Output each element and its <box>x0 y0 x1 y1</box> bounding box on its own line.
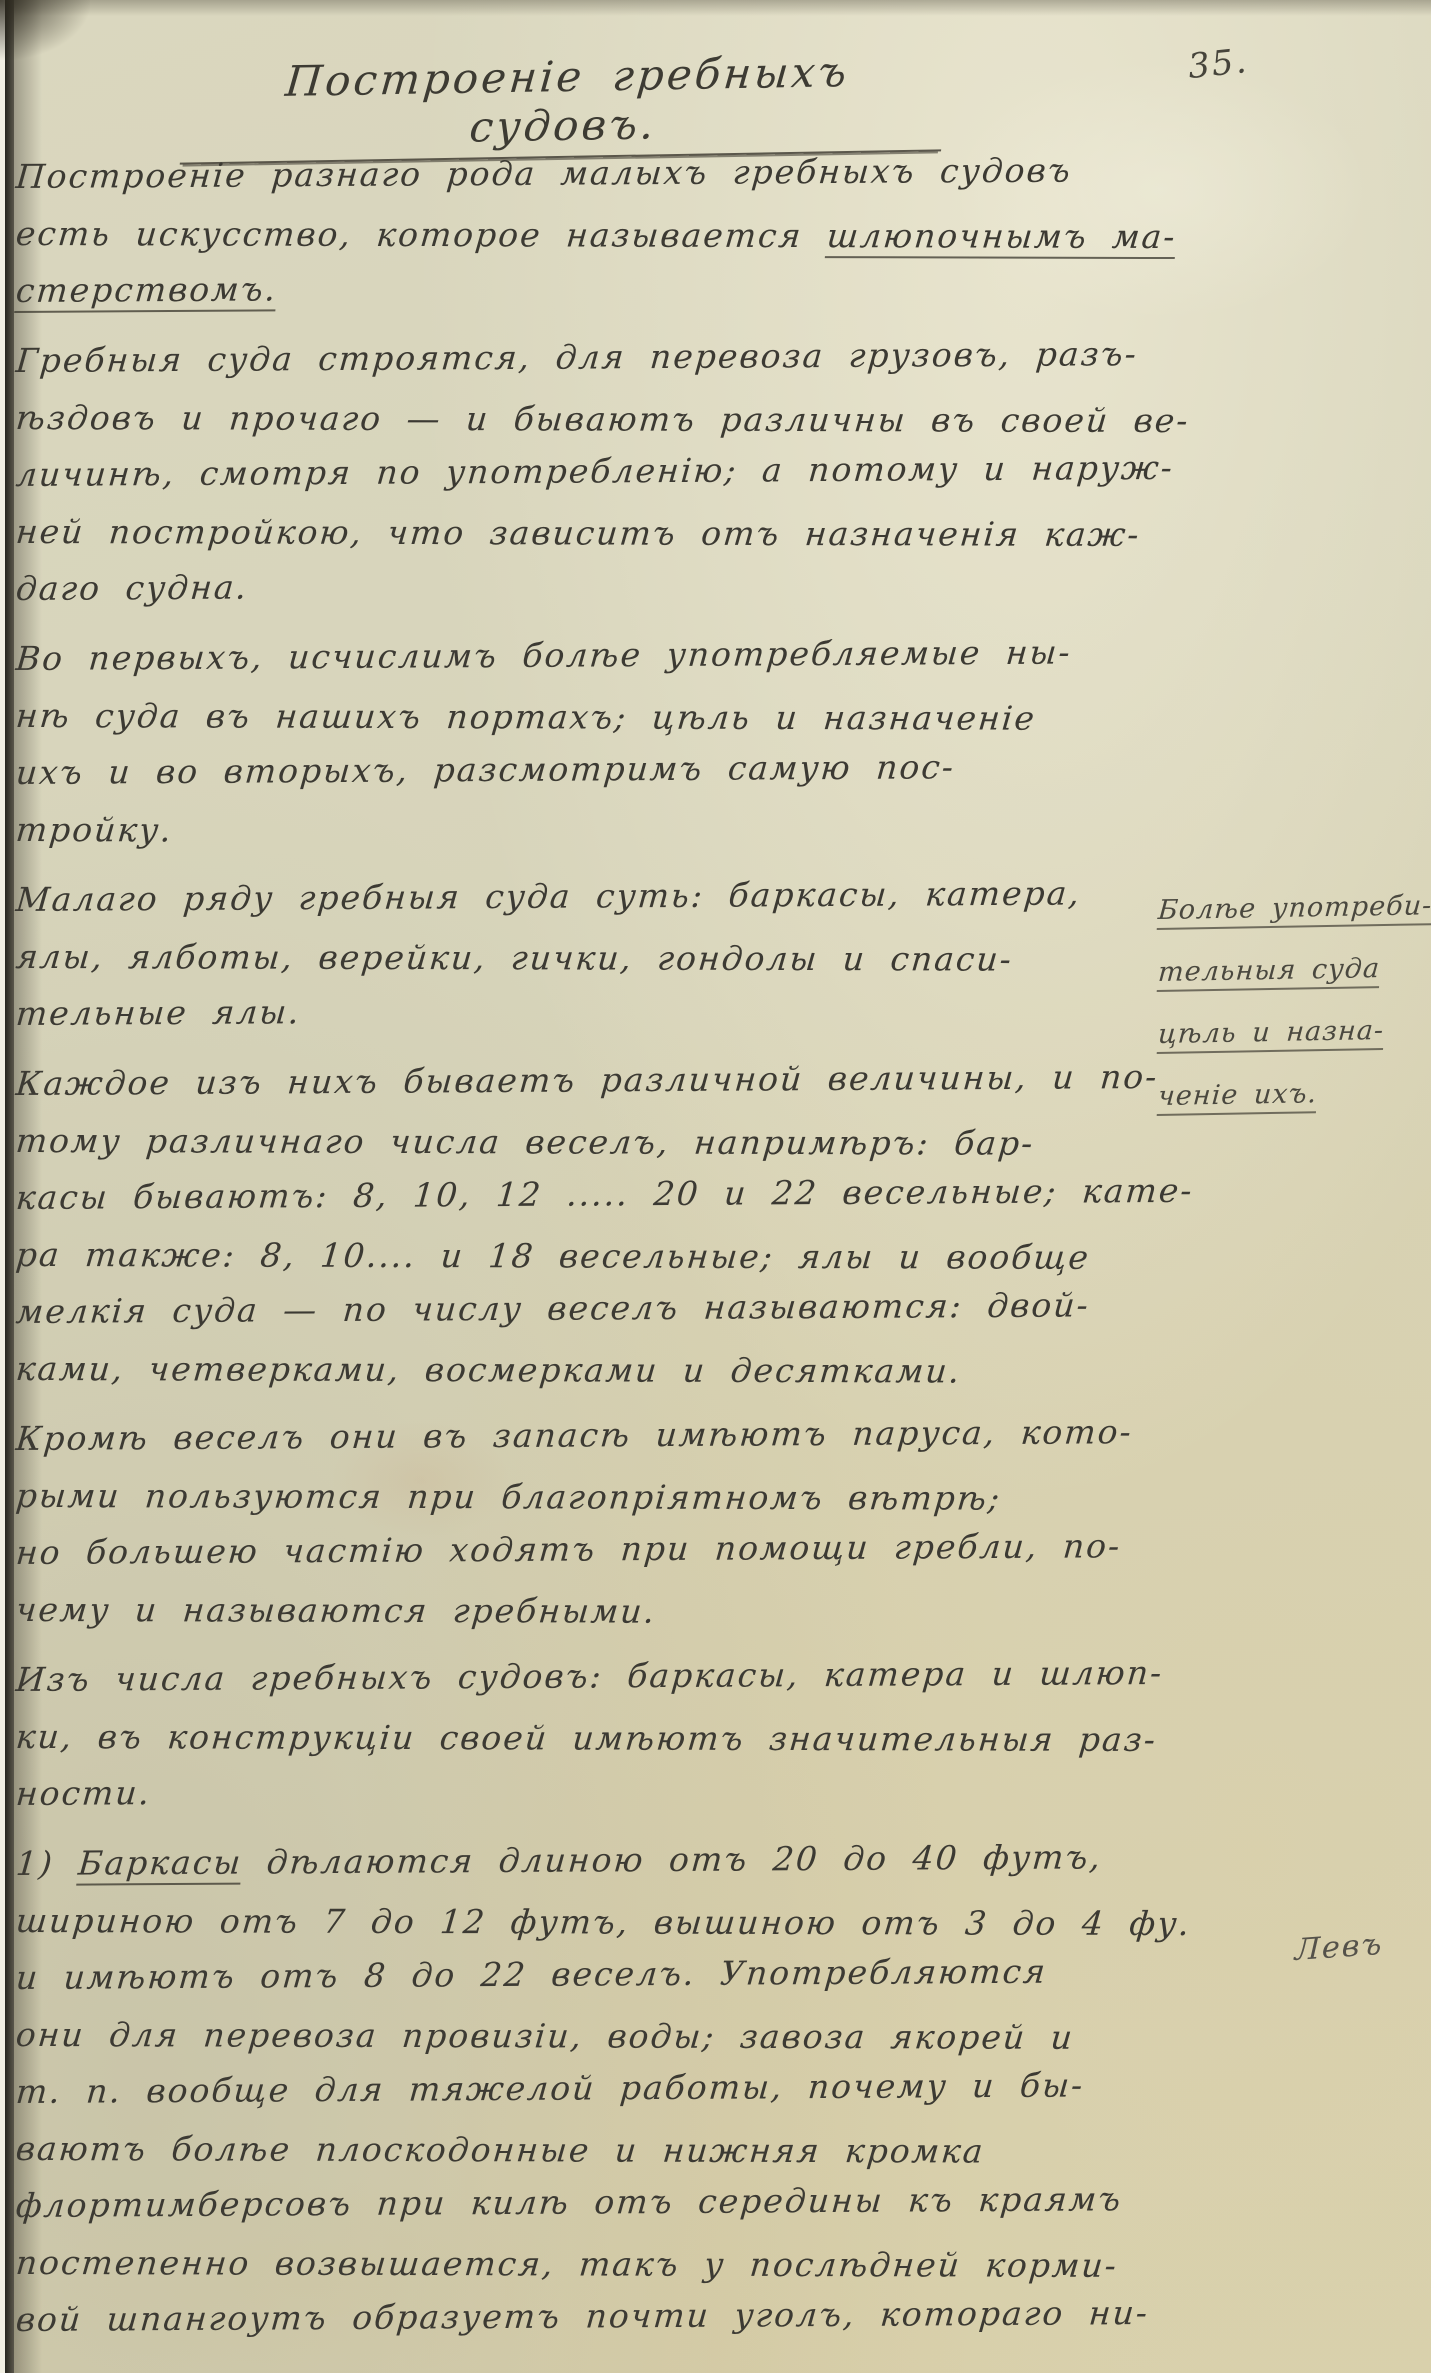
handwritten-text: и имѣютъ отъ 8 до 22 веселъ. Употребляют… <box>14 1952 1048 1997</box>
underlined-text: Болѣе употреби- <box>1157 890 1431 930</box>
manuscript-line: Каждое изъ нихъ бываетъ различной величи… <box>14 1048 1169 1112</box>
handwritten-text: нѣ суда въ нашихъ портахъ; цѣль и назнач… <box>14 696 1038 738</box>
page-number: 35. <box>1186 41 1250 87</box>
handwritten-text: есть искусство, которое называется <box>14 214 829 255</box>
handwritten-text: вой шпангоутъ образуетъ почти уголъ, кот… <box>14 2293 1150 2339</box>
handwritten-text: тройку. <box>14 810 174 849</box>
margin-note-block: Болѣе употреби-тельныя судацѣль и назна-… <box>1158 880 1426 1128</box>
handwritten-text: касы бываютъ: 8, 10, 12 ..... 20 и 22 ве… <box>14 1171 1195 1217</box>
handwritten-text: дѣлаются длиною отъ 20 до 40 футъ, <box>241 1837 1104 1881</box>
paragraph: Гребныя суда строятся, для перевоза груз… <box>16 332 1166 617</box>
handwritten-text: т. п. вообще для тяжелой работы, почему … <box>14 2065 1085 2111</box>
manuscript-line: чему и называются гребными. <box>13 1581 1168 1641</box>
handwritten-text: они для перевоза провизіи, воды; завоза … <box>14 2015 1076 2057</box>
scan-edge-left-shadow <box>5 0 14 2373</box>
handwritten-text: тому различнаго числа веселъ, напримѣръ:… <box>14 1121 1036 1163</box>
handwritten-text: ки, въ конструкціи своей имѣютъ значител… <box>14 1717 1159 1759</box>
handwritten-text: ихъ и во вторыхъ, разсмотримъ самую пос- <box>14 747 956 792</box>
paragraph: Во первыхъ, исчислимъ болѣе употребляемы… <box>16 630 1166 858</box>
manuscript-line: даго судна. <box>14 553 1169 617</box>
manuscript-line: личинѣ, смотря по употребленію; а потому… <box>14 439 1169 503</box>
underlined-text: ченіе ихъ. <box>1157 1078 1319 1116</box>
handwritten-text: Гребныя суда строятся, для перевоза груз… <box>14 334 1139 380</box>
handwritten-text: ней постройкою, что зависитъ отъ назначе… <box>14 512 1142 554</box>
underlined-text: Баркасы <box>77 1843 244 1886</box>
handwritten-text: ялы, ялботы, верейки, гички, гондолы и с… <box>14 937 1014 979</box>
paragraph: Построеніе разнаго рода малыхъ гребныхъ … <box>16 148 1166 319</box>
paragraph: Каждое изъ нихъ бываетъ различной величи… <box>16 1055 1166 1397</box>
handwritten-text: тельные ялы. <box>14 992 302 1033</box>
manuscript-line: ности. <box>14 1758 1169 1822</box>
manuscript-page: 35. Построеніе гребныхъ судовъ. Построен… <box>0 0 1431 2373</box>
paragraph: Кромѣ веселъ они въ запасѣ имѣютъ паруса… <box>16 1410 1166 1638</box>
handwritten-text: ками, четверками, восмерками и десятками… <box>14 1349 963 1390</box>
manuscript-line: Малаго ряду гребныя суда суть: баркасы, … <box>14 864 1169 928</box>
handwritten-text: шириною отъ 7 до 12 футъ, вышиною отъ 3 … <box>14 1901 1193 1943</box>
manuscript-line: т. п. вообще для тяжелой работы, почему … <box>14 2056 1169 2120</box>
paragraph: 1) Баркасы дѣлаются длиною отъ 20 до 40 … <box>16 1835 1166 2348</box>
margin-note-line: тельныя суда <box>1156 937 1429 1004</box>
manuscript-line: касы бываютъ: 8, 10, 12 ..... 20 и 22 ве… <box>14 1162 1169 1226</box>
manuscript-line: тельные ялы. <box>14 978 1169 1042</box>
handwritten-text: Построеніе разнаго рода малыхъ гребныхъ … <box>14 151 1073 196</box>
handwritten-text: Во первыхъ, исчислимъ болѣе употребляемы… <box>14 633 1073 678</box>
handwritten-text: чему и называются гребными. <box>14 1590 658 1631</box>
margin-note-line: ченіе ихъ. <box>1156 1061 1429 1128</box>
handwritten-text: личинѣ, смотря по употребленію; а потому… <box>14 448 1175 494</box>
underlined-text: стерствомъ. <box>14 269 279 313</box>
handwritten-text: ѣздовъ и прочаго — и бываютъ различны въ… <box>14 398 1191 440</box>
handwritten-text: ваютъ болѣе плоскодонные и нижняя кромка <box>14 2129 986 2171</box>
underlined-text: тельныя суда <box>1157 953 1381 992</box>
handwritten-text: Кромѣ веселъ они въ запасѣ имѣютъ паруса… <box>14 1412 1134 1458</box>
manuscript-line: флортимберсовъ при килѣ отъ середины къ … <box>14 2170 1169 2234</box>
manuscript-line: и имѣютъ отъ 8 до 22 веселъ. Употребляют… <box>14 1942 1169 2006</box>
handwritten-text: мелкія суда — по числу веселъ называются… <box>14 1285 1091 1331</box>
handwritten-text: ра также: 8, 10.... и 18 весельные; ялы … <box>14 1235 1092 1277</box>
underlined-text: цѣль и назна- <box>1157 1015 1385 1054</box>
manuscript-line: стерствомъ. <box>14 255 1169 319</box>
manuscript-line: Кромѣ веселъ они въ запасѣ имѣютъ паруса… <box>14 1403 1169 1467</box>
paragraph: Малаго ряду гребныя суда суть: баркасы, … <box>16 871 1166 1042</box>
handwritten-text: Малаго ряду гребныя суда суть: баркасы, … <box>14 873 1082 919</box>
manuscript-line: 1) Баркасы дѣлаются длиною отъ 20 до 40 … <box>14 1828 1169 1892</box>
handwritten-text: Изъ числа гребныхъ судовъ: баркасы, кате… <box>14 1653 1164 1699</box>
handwritten-text: флортимберсовъ при килѣ отъ середины къ … <box>14 2179 1124 2225</box>
manuscript-line: Изъ числа гребныхъ судовъ: баркасы, кате… <box>14 1644 1169 1708</box>
manuscript-line: Построеніе разнаго рода малыхъ гребныхъ … <box>14 141 1169 205</box>
scan-corner-dark-patch <box>0 0 90 60</box>
manuscript-line: Гребныя суда строятся, для перевоза груз… <box>14 325 1169 389</box>
handwritten-text: рыми пользуются при благопріятномъ вѣтрѣ… <box>14 1476 1003 1518</box>
margin-annotation: Левъ <box>1294 1927 1384 1968</box>
manuscript-line: Во первыхъ, исчислимъ болѣе употребляемы… <box>14 623 1169 687</box>
manuscript-line: ихъ и во вторыхъ, разсмотримъ самую пос- <box>14 737 1169 801</box>
manuscript-line: тройку. <box>13 801 1168 861</box>
handwritten-text: ности. <box>14 1773 152 1813</box>
manuscript-line: ками, четверками, восмерками и десятками… <box>13 1340 1168 1400</box>
scan-edge-top <box>0 0 1431 16</box>
paragraph: Изъ числа гребныхъ судовъ: баркасы, кате… <box>16 1651 1166 1822</box>
margin-note-line: Болѣе употреби- <box>1156 875 1429 942</box>
handwritten-text: Каждое изъ нихъ бываетъ различной величи… <box>14 1057 1160 1103</box>
handwritten-text: постепенно возвышается, такъ у послѣдней… <box>14 2243 1119 2285</box>
manuscript-line: мелкія суда — по числу веселъ называются… <box>14 1276 1169 1340</box>
handwritten-text: 1) <box>14 1844 80 1883</box>
manuscript-body: Построеніе разнаго рода малыхъ гребныхъ … <box>16 148 1166 2361</box>
manuscript-line: вой шпангоутъ образуетъ почти уголъ, кот… <box>14 2284 1169 2348</box>
underlined-text: шлюпочнымъ ма- <box>825 216 1178 259</box>
handwritten-text: даго судна. <box>14 568 249 608</box>
margin-note-line: цѣль и назна- <box>1156 999 1429 1066</box>
handwritten-text: но большею частію ходятъ при помощи греб… <box>14 1526 1122 1572</box>
manuscript-line: но большею частію ходятъ при помощи греб… <box>14 1517 1169 1581</box>
